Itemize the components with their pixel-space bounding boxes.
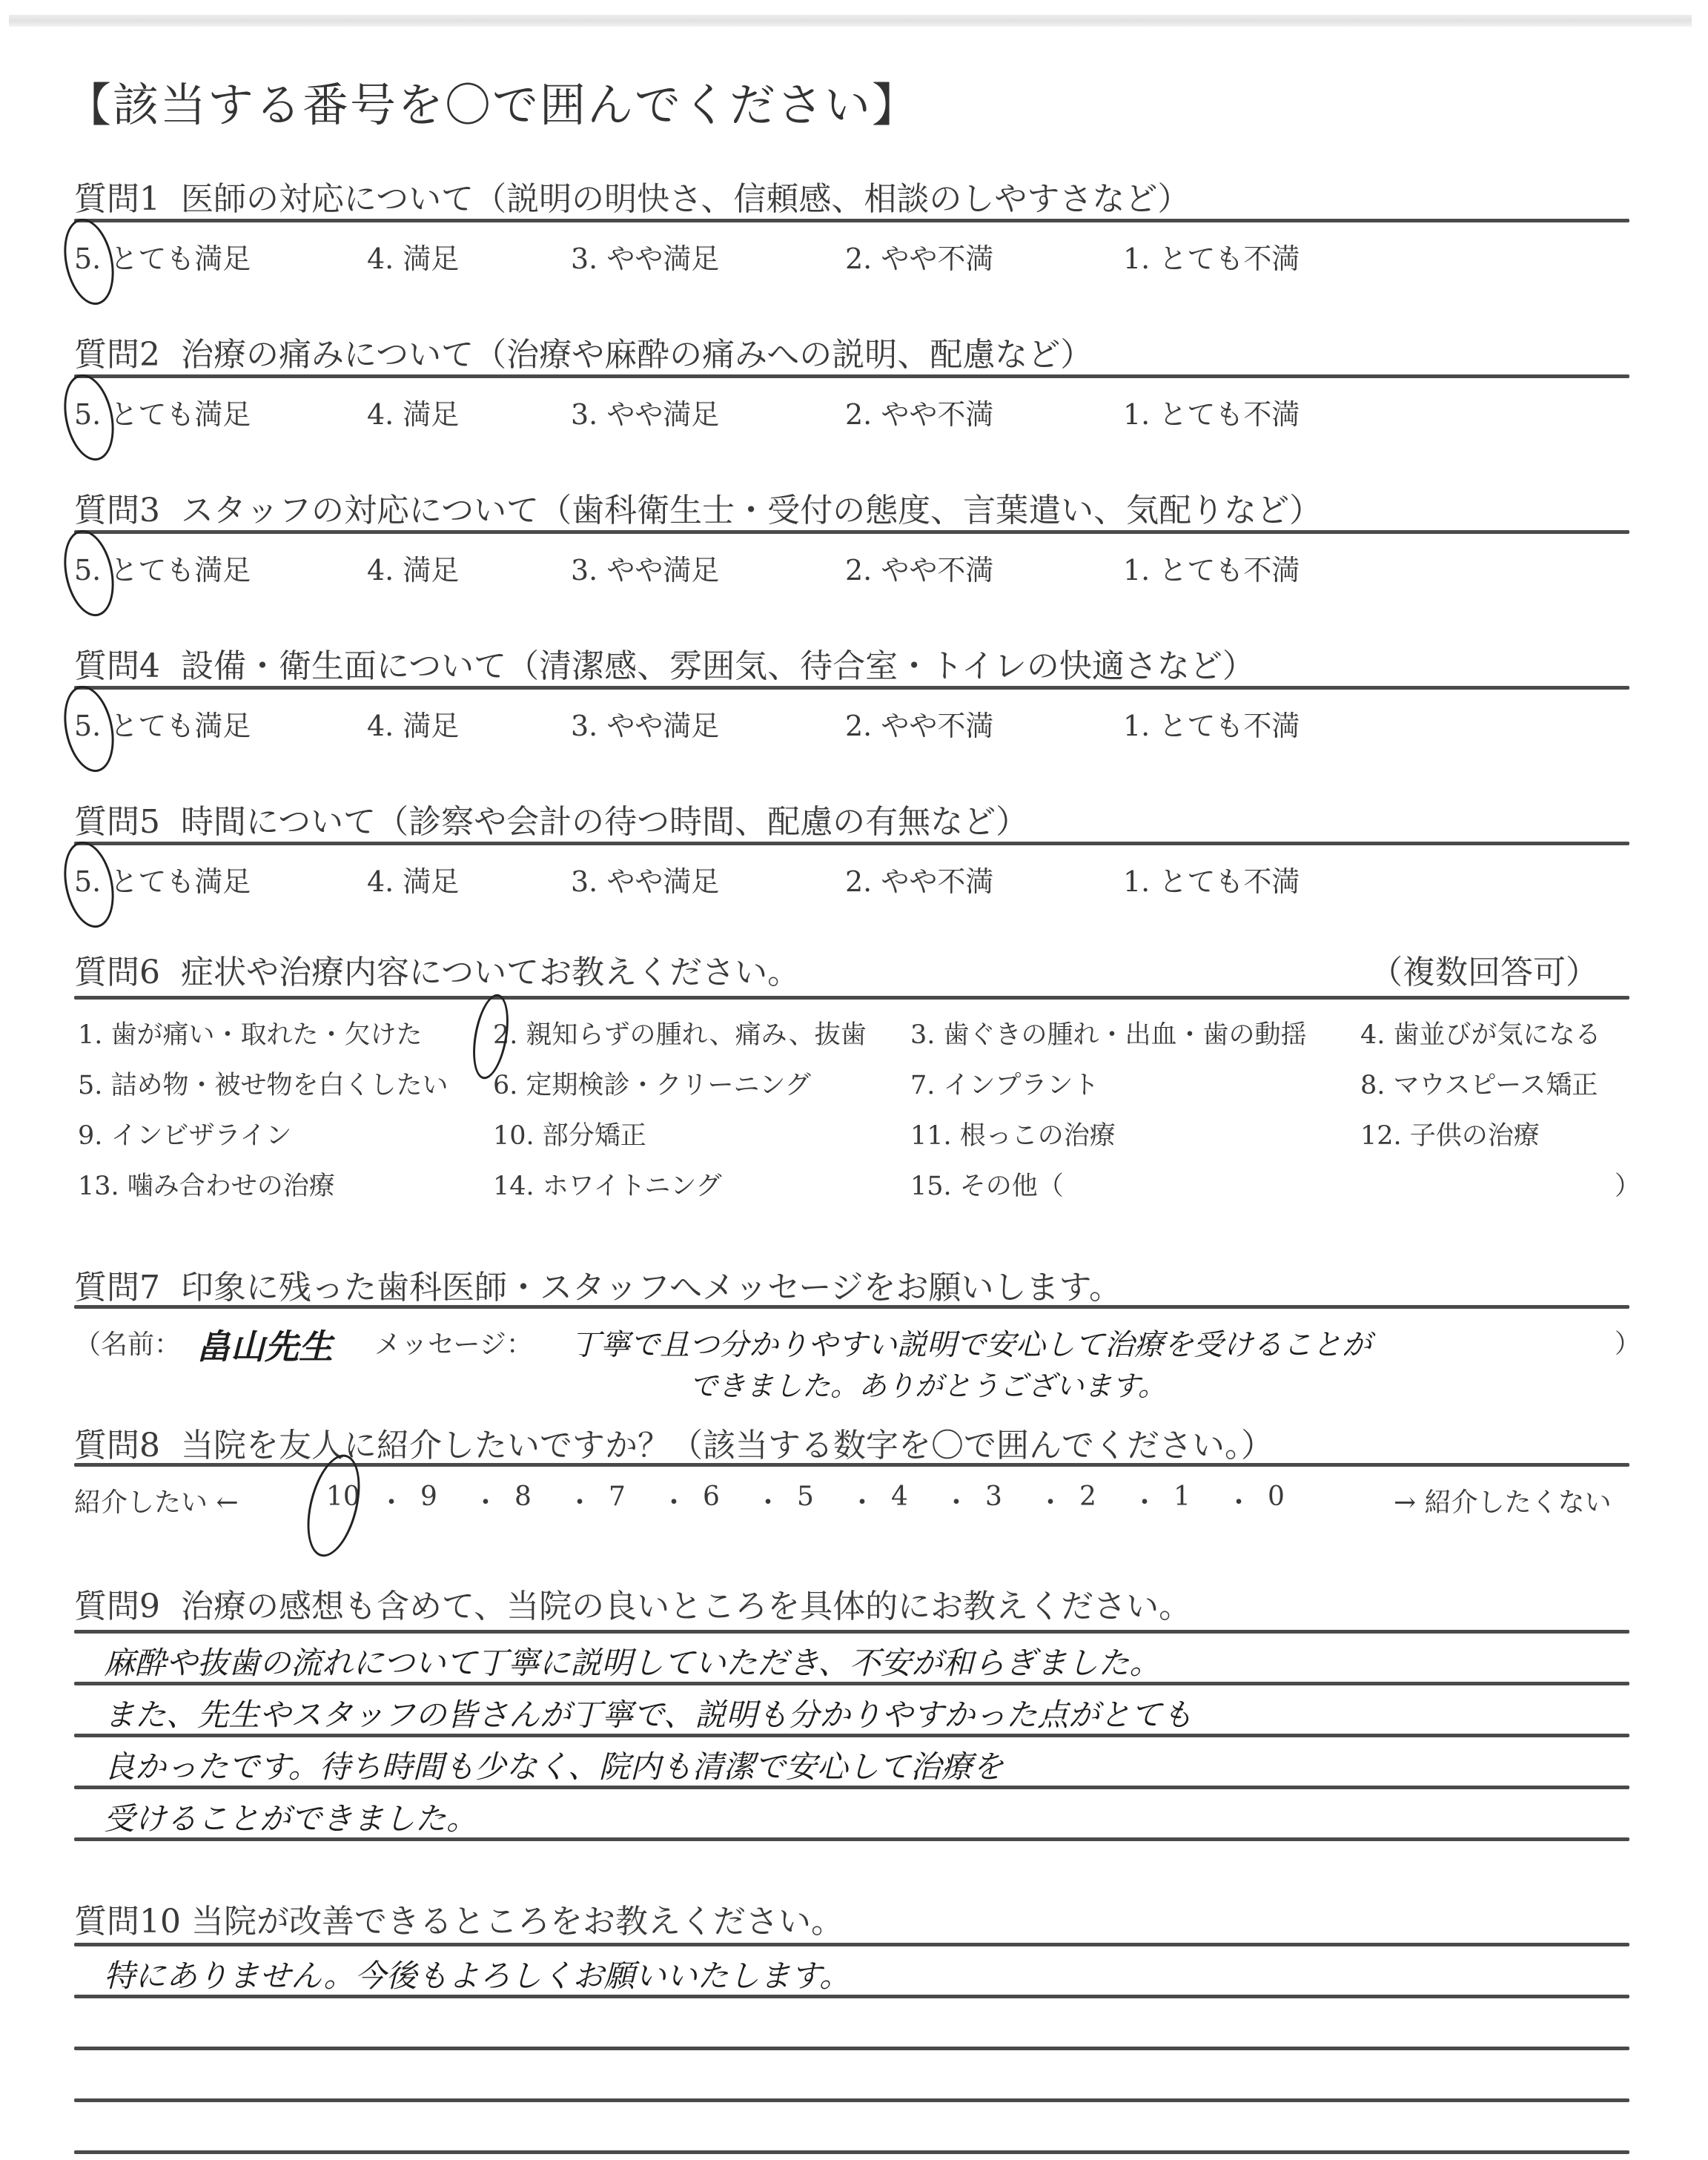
q7-rule: [74, 1305, 1629, 1309]
q10-answer-rule: [74, 1943, 1629, 1946]
q6-item-9[interactable]: 9. インビザライン: [78, 1115, 291, 1152]
q9-label: 質問9: [74, 1588, 160, 1625]
q6-item-6[interactable]: 6. 定期検診・クリーニング: [493, 1065, 811, 1102]
q6-heading: 質問6 症状や治療内容についてお教えください。: [74, 945, 800, 993]
q3-option-2[interactable]: 2. やや不満: [845, 547, 993, 588]
q1-selection-circle: [56, 214, 121, 310]
q9-answer-line-4[interactable]: 受けることができました。: [104, 1794, 477, 1839]
q2-label: 質問2: [74, 336, 160, 374]
q3-label: 質問3: [74, 492, 160, 529]
scan-top-edge: [9, 15, 1692, 27]
q8-scale-3[interactable]: 3: [985, 1482, 1002, 1512]
q10-text: 当院が改善できるところをお教えください。: [191, 1903, 844, 1941]
q3-option-1[interactable]: 1. とても不満: [1123, 547, 1300, 588]
q6-item-11[interactable]: 11. 根っこの治療: [910, 1115, 1116, 1152]
q2-heading: 質問2 治療の痛みについて（治療や麻酔の痛みへの説明、配慮など）: [74, 328, 1093, 375]
q8-left-label: 紹介したい ←: [74, 1482, 239, 1519]
q4-label: 質問4: [74, 647, 160, 685]
q8-scale-4[interactable]: 4: [891, 1482, 908, 1512]
q1-text: 医師の対応について（説明の明快さ、信頼感、相談のしやすさなど）: [181, 180, 1190, 218]
q4-rule: [74, 686, 1629, 690]
q4-option-2[interactable]: 2. やや不満: [845, 703, 993, 744]
q8-scale-separator: ・: [472, 1482, 499, 1519]
q5-option-3[interactable]: 3. やや満足: [571, 859, 719, 899]
form-title: 【該当する番号を〇で囲んでください】: [65, 68, 919, 134]
q7-label: 質問7: [74, 1269, 160, 1307]
q6-item-14[interactable]: 14. ホワイトニング: [493, 1166, 722, 1203]
q6-item-1[interactable]: 1. 歯が痛い・取れた・欠けた: [78, 1014, 423, 1051]
q8-scale-9[interactable]: 9: [420, 1482, 437, 1512]
q8-scale-separator: ・: [1225, 1482, 1252, 1519]
q1-rule: [74, 219, 1629, 222]
q8-heading: 質問8 当院を友人に紹介したいですか？（該当する数字を〇で囲んでください。）: [74, 1418, 1274, 1466]
q6-item-2[interactable]: 2. 親知らずの腫れ、痛み、抜歯: [493, 1014, 867, 1051]
q8-scale-7[interactable]: 7: [609, 1482, 626, 1512]
q10-heading: 質問10 当院が改善できるところをお教えください。: [74, 1895, 844, 1942]
q7-heading: 質問7 印象に残った歯科医師・スタッフへメッセージをお願いします。: [74, 1261, 1122, 1308]
q7-message-label: メッセージ：: [374, 1324, 533, 1361]
q6-item-10[interactable]: 10. 部分矯正: [493, 1115, 646, 1152]
q4-heading: 質問4 設備・衛生面について（清潔感、雰囲気、待合室・トイレの快適さなど）: [74, 639, 1255, 687]
q8-scale-separator: ・: [755, 1482, 781, 1519]
q8-scale-separator: ・: [1131, 1482, 1158, 1519]
q7-close-paren: ）: [1615, 1324, 1641, 1361]
q2-option-4[interactable]: 4. 満足: [367, 392, 459, 432]
q5-option-2[interactable]: 2. やや不満: [845, 859, 993, 899]
q6-item-8[interactable]: 8. マウスピース矯正: [1360, 1065, 1598, 1102]
q6-item-3[interactable]: 3. 歯ぐきの腫れ・出血・歯の動揺: [910, 1014, 1307, 1051]
q5-selection-circle: [56, 837, 121, 933]
q6-item-13[interactable]: 13. 噛み合わせの治療: [78, 1166, 335, 1203]
q4-option-3[interactable]: 3. やや満足: [571, 703, 719, 744]
q3-rule: [74, 530, 1629, 534]
q5-text: 時間について（診察や会計の待つ時間、配慮の有無など）: [181, 803, 1028, 841]
q4-text: 設備・衛生面について（清潔感、雰囲気、待合室・トイレの快適さなど）: [181, 647, 1255, 685]
q8-scale-separator: ・: [849, 1482, 875, 1519]
q8-scale-2[interactable]: 2: [1079, 1482, 1096, 1512]
q9-answer-line-3[interactable]: 良かったです。待ち時間も少なく、院内も清潔で安心して治療を: [104, 1743, 1004, 1787]
q3-option-3[interactable]: 3. やや満足: [571, 547, 719, 588]
q6-rule: [74, 996, 1629, 1000]
q5-option-1[interactable]: 1. とても不満: [1123, 859, 1300, 899]
q1-option-3[interactable]: 3. やや満足: [571, 236, 719, 277]
q6-item-4[interactable]: 4. 歯並びが気になる: [1360, 1014, 1601, 1051]
q6-other-close: ）: [1615, 1166, 1641, 1203]
q8-scale-0[interactable]: 0: [1268, 1482, 1285, 1512]
q1-heading: 質問1 医師の対応について（説明の明快さ、信頼感、相談のしやすさなど）: [74, 172, 1190, 219]
q10-answer-rule: [74, 2150, 1629, 2154]
q8-scale-separator: ・: [378, 1482, 405, 1519]
q1-option-2[interactable]: 2. やや不満: [845, 236, 993, 277]
q8-scale-1[interactable]: 1: [1174, 1482, 1191, 1512]
q8-scale-separator: ・: [566, 1482, 593, 1519]
q9-text: 治療の感想も含めて、当院の良いところを具体的にお教えください。: [181, 1588, 1191, 1625]
q8-scale-separator: ・: [943, 1482, 970, 1519]
q3-heading: 質問3 スタッフの対応について（歯科衛生士・受付の態度、言葉遣い、気配りなど）: [74, 483, 1322, 531]
q6-text: 症状や治療内容についてお教えください。: [181, 954, 800, 991]
q2-option-1[interactable]: 1. とても不満: [1123, 392, 1300, 432]
q8-rule: [74, 1463, 1629, 1467]
q5-option-4[interactable]: 4. 満足: [367, 859, 459, 899]
q8-scale-separator: ・: [661, 1482, 687, 1519]
q2-text: 治療の痛みについて（治療や麻酔の痛みへの説明、配慮など）: [181, 336, 1093, 374]
q1-option-1[interactable]: 1. とても不満: [1123, 236, 1300, 277]
q9-answer-rule: [74, 1630, 1629, 1634]
q9-heading: 質問9 治療の感想も含めて、当院の良いところを具体的にお教えください。: [74, 1579, 1191, 1627]
q8-right-label: → 紹介したくない: [1394, 1482, 1612, 1519]
q4-selection-circle: [56, 681, 121, 777]
q2-selection-circle: [56, 370, 121, 466]
q2-option-3[interactable]: 3. やや満足: [571, 392, 719, 432]
q1-label: 質問1: [74, 180, 160, 218]
q2-option-2[interactable]: 2. やや不満: [845, 392, 993, 432]
q4-option-1[interactable]: 1. とても不満: [1123, 703, 1300, 744]
q3-selection-circle: [56, 526, 121, 621]
q3-option-4[interactable]: 4. 満足: [367, 547, 459, 588]
q7-message-line-1[interactable]: 丁寧で且つ分かりやすい説明で安心して治療を受けることが: [571, 1321, 1371, 1364]
q7-text: 印象に残った歯科医師・スタッフへメッセージをお願いします。: [181, 1269, 1122, 1307]
q7-message-line-2[interactable]: できました。ありがとうございます。: [689, 1363, 1166, 1404]
q6-item-12[interactable]: 12. 子供の治療: [1360, 1115, 1540, 1152]
q6-label: 質問6: [74, 954, 160, 991]
q8-scale-5[interactable]: 5: [797, 1482, 814, 1512]
q10-answer-rule: [74, 2047, 1629, 2050]
q8-scale-separator: ・: [1037, 1482, 1064, 1519]
q1-option-4[interactable]: 4. 満足: [367, 236, 459, 277]
q5-heading: 質問5 時間について（診察や会計の待つ時間、配慮の有無など）: [74, 795, 1028, 842]
q10-answer-rule: [74, 2098, 1629, 2102]
q9-answer-line-2[interactable]: また、先生やスタッフの皆さんが丁寧で、説明も分かりやすかった点がとても: [104, 1691, 1193, 1735]
q6-item-5[interactable]: 5. 詰め物・被せ物を白くしたい: [78, 1065, 448, 1102]
q6-item-7[interactable]: 7. インプラント: [910, 1065, 1099, 1102]
q7-name-label: （名前：: [74, 1324, 181, 1361]
q9-answer-line-1[interactable]: 麻酔や抜歯の流れについて丁寧に説明していただき、不安が和らぎました。: [104, 1639, 1160, 1683]
q6-multi-note: （複数回答可）: [1370, 945, 1598, 993]
q8-label: 質問8: [74, 1427, 160, 1464]
q5-label: 質問5: [74, 803, 160, 841]
q8-scale-8[interactable]: 8: [514, 1482, 532, 1512]
q2-rule: [74, 374, 1629, 378]
q5-rule: [74, 842, 1629, 845]
q10-label: 質問10: [74, 1903, 181, 1941]
q4-option-4[interactable]: 4. 満足: [367, 703, 459, 744]
q8-scale-6[interactable]: 6: [703, 1482, 720, 1512]
q10-answer-line-1[interactable]: 特にありません。今後もよろしくお願いいたします。: [104, 1952, 850, 1996]
q3-text: スタッフの対応について（歯科衛生士・受付の態度、言葉遣い、気配りなど）: [181, 492, 1322, 529]
q7-name-value[interactable]: 畠山先生: [196, 1320, 333, 1369]
q6-item-15[interactable]: 15. その他（: [910, 1166, 1064, 1203]
